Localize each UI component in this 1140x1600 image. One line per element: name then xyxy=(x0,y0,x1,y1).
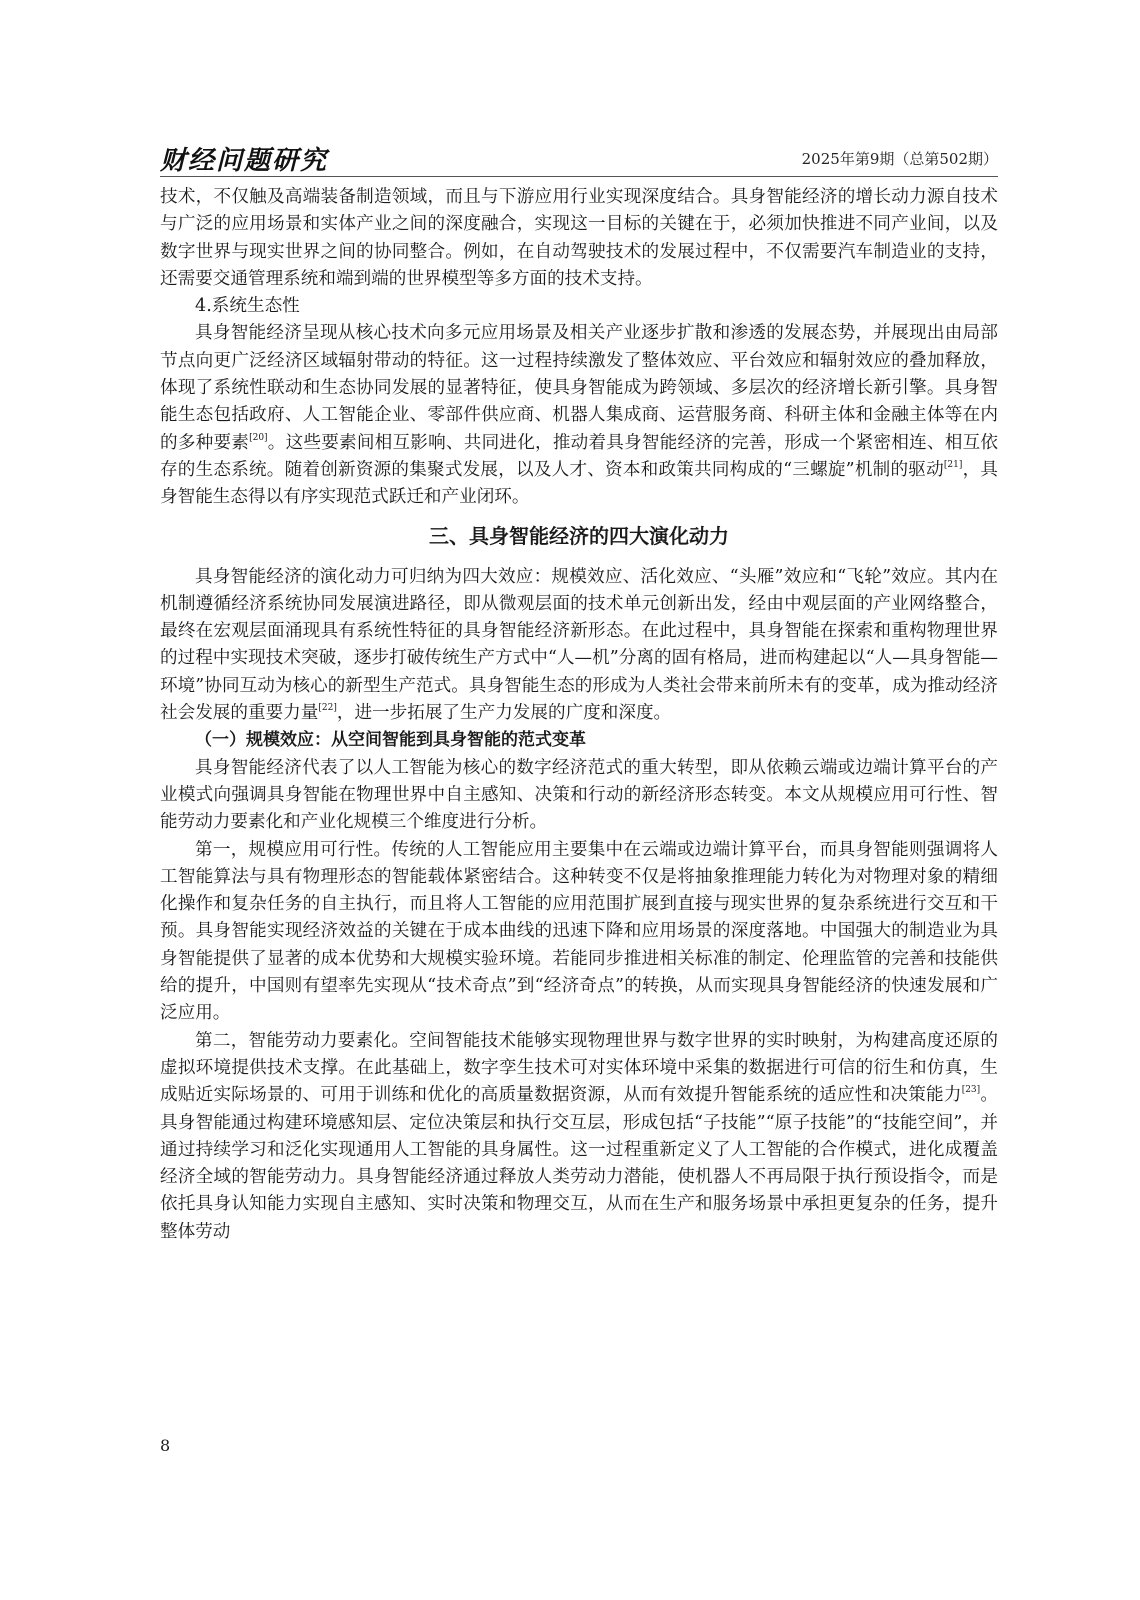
text-span: 。具身智能通过构建环境感知层、定位决策层和执行交互层，形成包括“子技能”“原子技… xyxy=(160,1085,998,1241)
text-span: 。这些要素间相互影响、共同进化，推动着具身智能经济的完善，形成一个紧密相连、相互… xyxy=(160,433,998,480)
paragraph-first-point: 第一，规模应用可行性。传统的人工智能应用主要集中在云端或边端计算平台，而具身智能… xyxy=(160,837,998,1028)
issue-info: 2025年第9期（总第502期） xyxy=(802,148,998,169)
header-divider xyxy=(160,176,998,177)
paragraph-scale-intro: 具身智能经济代表了以人工智能为核心的数字经济范式的重大转型，即从依赖云端或边端计… xyxy=(160,755,998,837)
page-number: 8 xyxy=(160,1436,170,1455)
paragraph-second-point: 第二，智能劳动力要素化。空间智能技术能够实现物理世界与数字世界的实时映射，为构建… xyxy=(160,1028,998,1246)
running-header: 财经问题研究 2025年第9期（总第502期） xyxy=(160,140,998,174)
journal-logo: 财经问题研究 xyxy=(160,140,328,177)
section-title: 三、具身智能经济的四大演化动力 xyxy=(160,522,998,550)
citation-23: [23] xyxy=(962,1085,980,1095)
paragraph-four-effects: 具身智能经济的演化动力可归纳为四大效应：规模效应、活化效应、“头雁”效应和“飞轮… xyxy=(160,564,998,728)
paragraph-ecology: 具身智能经济呈现从核心技术向多元应用场景及相关产业逐步扩散和渗透的发展态势，并展… xyxy=(160,320,998,511)
paragraph-continued: 技术，不仅触及高端装备制造领域，而且与下游应用行业实现深度结合。具身智能经济的增… xyxy=(160,184,998,293)
text-span: ，进一步拓展了生产力发展的广度和深度。 xyxy=(337,703,671,723)
text-span: 具身智能经济的演化动力可归纳为四大效应：规模效应、活化效应、“头雁”效应和“飞轮… xyxy=(160,567,998,723)
subsection-title: （一）规模效应：从空间智能到具身智能的范式变革 xyxy=(160,727,998,754)
citation-21: [21] xyxy=(944,460,962,470)
article-body: 技术，不仅触及高端装备制造领域，而且与下游应用行业实现深度结合。具身智能经济的增… xyxy=(160,184,998,1246)
citation-20: [20] xyxy=(249,433,267,443)
subheading-system-ecology: 4.系统生态性 xyxy=(160,293,998,320)
text-span: 第二，智能劳动力要素化。空间智能技术能够实现物理世界与数字世界的实时映射，为构建… xyxy=(160,1031,998,1106)
citation-22: [22] xyxy=(318,703,336,713)
